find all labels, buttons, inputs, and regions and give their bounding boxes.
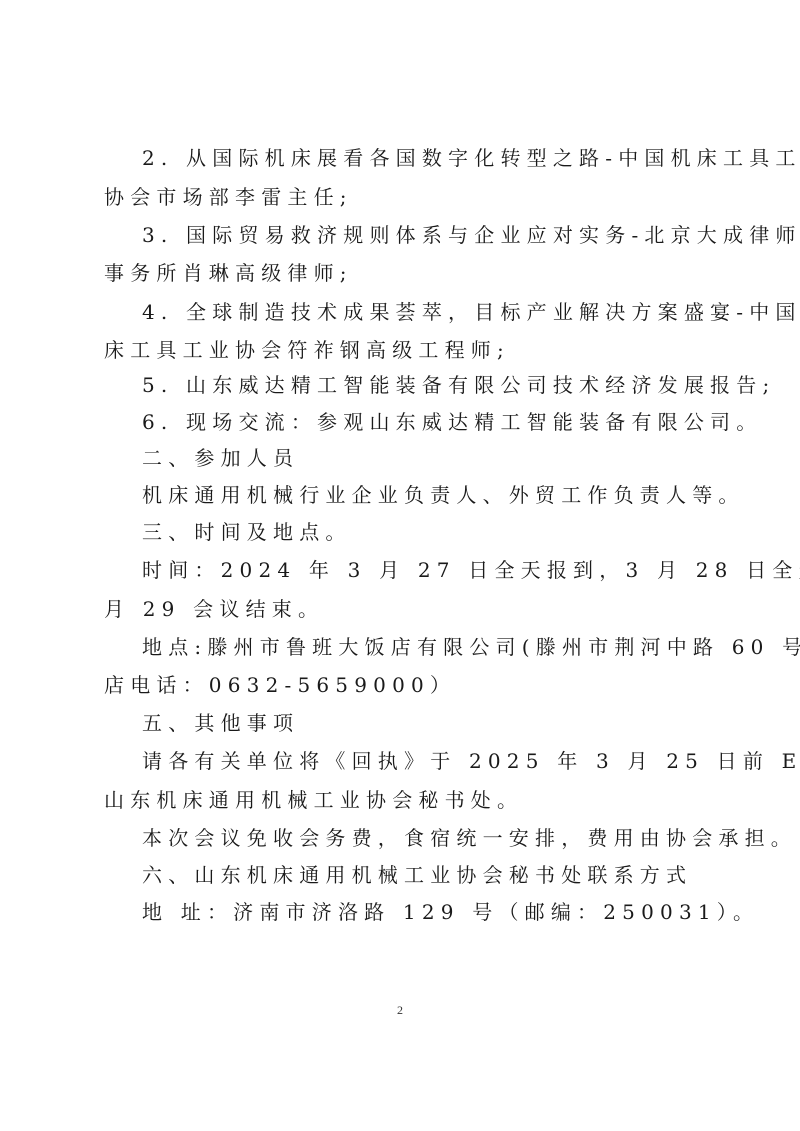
document-page: 2. 从国际机床展看各国数字化转型之路-中国机床工具工业 协会市场部李雷主任; … (0, 0, 800, 1131)
page-number: 2 (0, 1003, 800, 1018)
section-heading-contact: 六、山东机床通用机械工业协会秘书处联系方式 (142, 862, 742, 888)
agenda-item-3-line-2: 事务所肖琳高级律师; (104, 260, 704, 286)
agenda-item-3-line-1: 3. 国际贸易救济规则体系与企业应对实务-北京大成律师 (142, 222, 742, 248)
section-heading-other-matters: 五、其他事项 (142, 710, 742, 736)
participants-text: 机床通用机械行业企业负责人、外贸工作负责人等。 (142, 482, 742, 508)
location-text-line-2: 店电话：0632-5659000） (104, 672, 704, 698)
agenda-item-2-line-2: 协会市场部李雷主任; (104, 184, 704, 210)
receipt-text-line-2: 山东机床通用机械工业协会秘书处。 (104, 787, 704, 813)
agenda-item-6: 6. 现场交流：参观山东威达精工智能装备有限公司。 (142, 409, 742, 435)
time-text-line-1: 时间：2024 年 3 月 27 日全天报到，3 月 28 日全天会议，3 (142, 557, 742, 583)
agenda-item-4-line-1: 4. 全球制造技术成果荟萃，目标产业解决方案盛宴-中国机 (142, 299, 742, 325)
fee-text: 本次会议免收会务费，食宿统一安排，费用由协会承担。 (142, 825, 742, 851)
agenda-item-2-line-1: 2. 从国际机床展看各国数字化转型之路-中国机床工具工业 (142, 145, 742, 171)
time-text-line-2: 月 29 会议结束。 (104, 596, 704, 622)
contact-address: 地 址：济南市济洛路 129 号（邮编：250031）。 (142, 899, 742, 925)
agenda-item-4-line-2: 床工具工业协会符祚钢高级工程师; (104, 337, 704, 363)
location-text-line-1: 地点:滕州市鲁班大饭店有限公司(滕州市荆河中路 60 号 酒 (142, 634, 742, 660)
receipt-text-line-1: 请各有关单位将《回执》于 2025 年 3 月 25 日前 E-mail 至 (142, 748, 742, 774)
section-heading-participants: 二、参加人员 (142, 445, 742, 471)
section-heading-time-location: 三、时间及地点。 (142, 519, 742, 545)
agenda-item-5: 5. 山东威达精工智能装备有限公司技术经济发展报告; (142, 372, 742, 398)
